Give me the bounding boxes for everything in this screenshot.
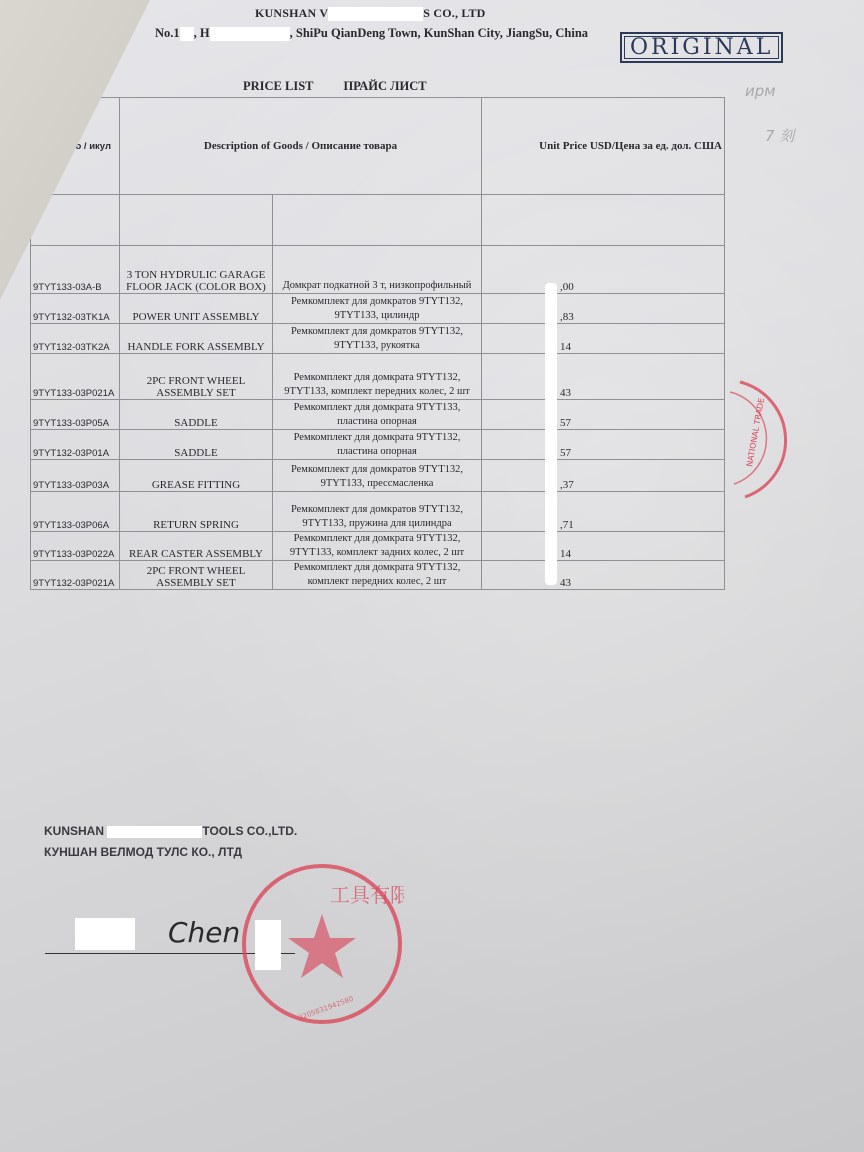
unit-price: 14 [482, 324, 725, 354]
table-row: 9TYT132-03P021A2PC FRONT WHEEL ASSEMBLY … [31, 561, 725, 590]
table-row: 9TYT132-03TK1APOWER UNIT ASSEMBLYРемкомп… [31, 294, 725, 324]
redaction-strip [545, 283, 557, 585]
article-code: 9TYT132-03P021A [31, 561, 120, 590]
article-code: 9TYT133-03P021A [31, 354, 120, 400]
item-name-en: 2PC FRONT WHEEL ASSEMBLY SET [120, 354, 273, 400]
column-header-price: Unit Price USD/Цена за ед. дол. США [482, 98, 725, 195]
original-stamp: ORIGINAL [620, 32, 783, 63]
unit-price: 43 [482, 354, 725, 400]
unit-price: ,71 [482, 492, 725, 532]
header-company-name: KUNSHAN VS CO., LTD [255, 6, 486, 21]
item-name-en: 2PC FRONT WHEEL ASSEMBLY SET [120, 561, 273, 590]
table-row: 9TYT133-03P06ARETURN SPRINGРемкомплект д… [31, 492, 725, 532]
item-name-en: POWER UNIT ASSEMBLY [120, 294, 273, 324]
item-name-en: SADDLE [120, 430, 273, 460]
item-name-ru: Ремкомплект для домкратов 9TYT132, 9TYT1… [273, 294, 482, 324]
item-name-en: REAR CASTER ASSEMBLY [120, 532, 273, 561]
item-name-ru: Ремкомплект для домкратов 9TYT132, 9TYT1… [273, 460, 482, 492]
signature-redaction [255, 920, 281, 970]
seal-characters: 工具有限公司 [330, 883, 404, 907]
item-name-ru: Ремкомплект для домкратов 9TYT132, 9TYT1… [273, 492, 482, 532]
article-code: 9TYT133-03P06A [31, 492, 120, 532]
table-spacer-row [31, 195, 725, 246]
signature: Chen [168, 916, 240, 949]
page-title: PRICE LISTПРАЙС ЛИСТ [243, 79, 457, 94]
header-address: No.1, H, ShiPu QianDeng Town, KunShan Ci… [155, 26, 588, 41]
unit-price: 57 [482, 400, 725, 430]
table-row: 9TYT133-03P022AREAR CASTER ASSEMBLYРемко… [31, 532, 725, 561]
table-row: 9TYT133-03P05ASADDLEРемкомплект для домк… [31, 400, 725, 430]
column-header-description: Description of Goods / Описание товара [120, 98, 482, 195]
item-name-en: HANDLE FORK ASSEMBLY [120, 324, 273, 354]
item-name-ru: Домкрат подкатной 3 т, низкопрофильный [273, 246, 482, 294]
item-name-ru: Ремкомплект для домкрата 9TYT132, пласти… [273, 430, 482, 460]
table-row: 9TYT132-03P01ASADDLEРемкомплект для домк… [31, 430, 725, 460]
footer-company-ru: КУНШАН ВЕЛМОД ТУЛС КО., ЛТД [44, 845, 242, 859]
item-name-en: 3 TON HYDRULIC GARAGE FLOOR JACK (COLOR … [120, 246, 273, 294]
unit-price: 43 [482, 561, 725, 590]
table-row: 9TYT133-03P03AGREASE FITTINGРемкомплект … [31, 460, 725, 492]
article-code: 9TYT132-03P01A [31, 430, 120, 460]
item-name-ru: Ремкомплект для домкратов 9TYT132, 9TYT1… [273, 324, 482, 354]
item-name-en: GREASE FITTING [120, 460, 273, 492]
article-code: 9TYT132-03TK1A [31, 294, 120, 324]
table-row: 9TYT132-03TK2AHANDLE FORK ASSEMBLYРемком… [31, 324, 725, 354]
article-code: 9TYT133-03A-B [31, 246, 120, 294]
article-code: 9TYT133-03P022A [31, 532, 120, 561]
article-code: 9TYT132-03TK2A [31, 324, 120, 354]
table-row: 9TYT133-03P021A2PC FRONT WHEEL ASSEMBLY … [31, 354, 725, 400]
handwritten-note: ирм [745, 82, 776, 100]
side-stamp: NATIONAL TRADE [700, 372, 820, 502]
item-name-ru: Ремкомплект для домкрата 9TYT132, 9TYT13… [273, 354, 482, 400]
article-code: 9TYT133-03P05A [31, 400, 120, 430]
price-table: о / икул Description of Goods / Описание… [30, 97, 725, 590]
footer-company-en: KUNSHAN TOOLS CO.,LTD. [44, 824, 297, 838]
unit-price: ,37 [482, 460, 725, 492]
item-name-ru: Ремкомплект для домкрата 9TYT132, 9TYT13… [273, 532, 482, 561]
unit-price: 14 [482, 532, 725, 561]
unit-price: ,00 [482, 246, 725, 294]
unit-price: ,83 [482, 294, 725, 324]
handwritten-note: 7 刻 [765, 125, 794, 146]
item-name-en: RETURN SPRING [120, 492, 273, 532]
table-row: 9TYT133-03A-B3 TON HYDRULIC GARAGE FLOOR… [31, 246, 725, 294]
item-name-ru: Ремкомплект для домкрата 9TYT132, компле… [273, 561, 482, 590]
item-name-en: SADDLE [120, 400, 273, 430]
item-name-ru: Ремкомплект для домкрата 9TYT133, пласти… [273, 400, 482, 430]
unit-price: 57 [482, 430, 725, 460]
signature-redaction [75, 918, 135, 950]
article-code: 9TYT133-03P03A [31, 460, 120, 492]
